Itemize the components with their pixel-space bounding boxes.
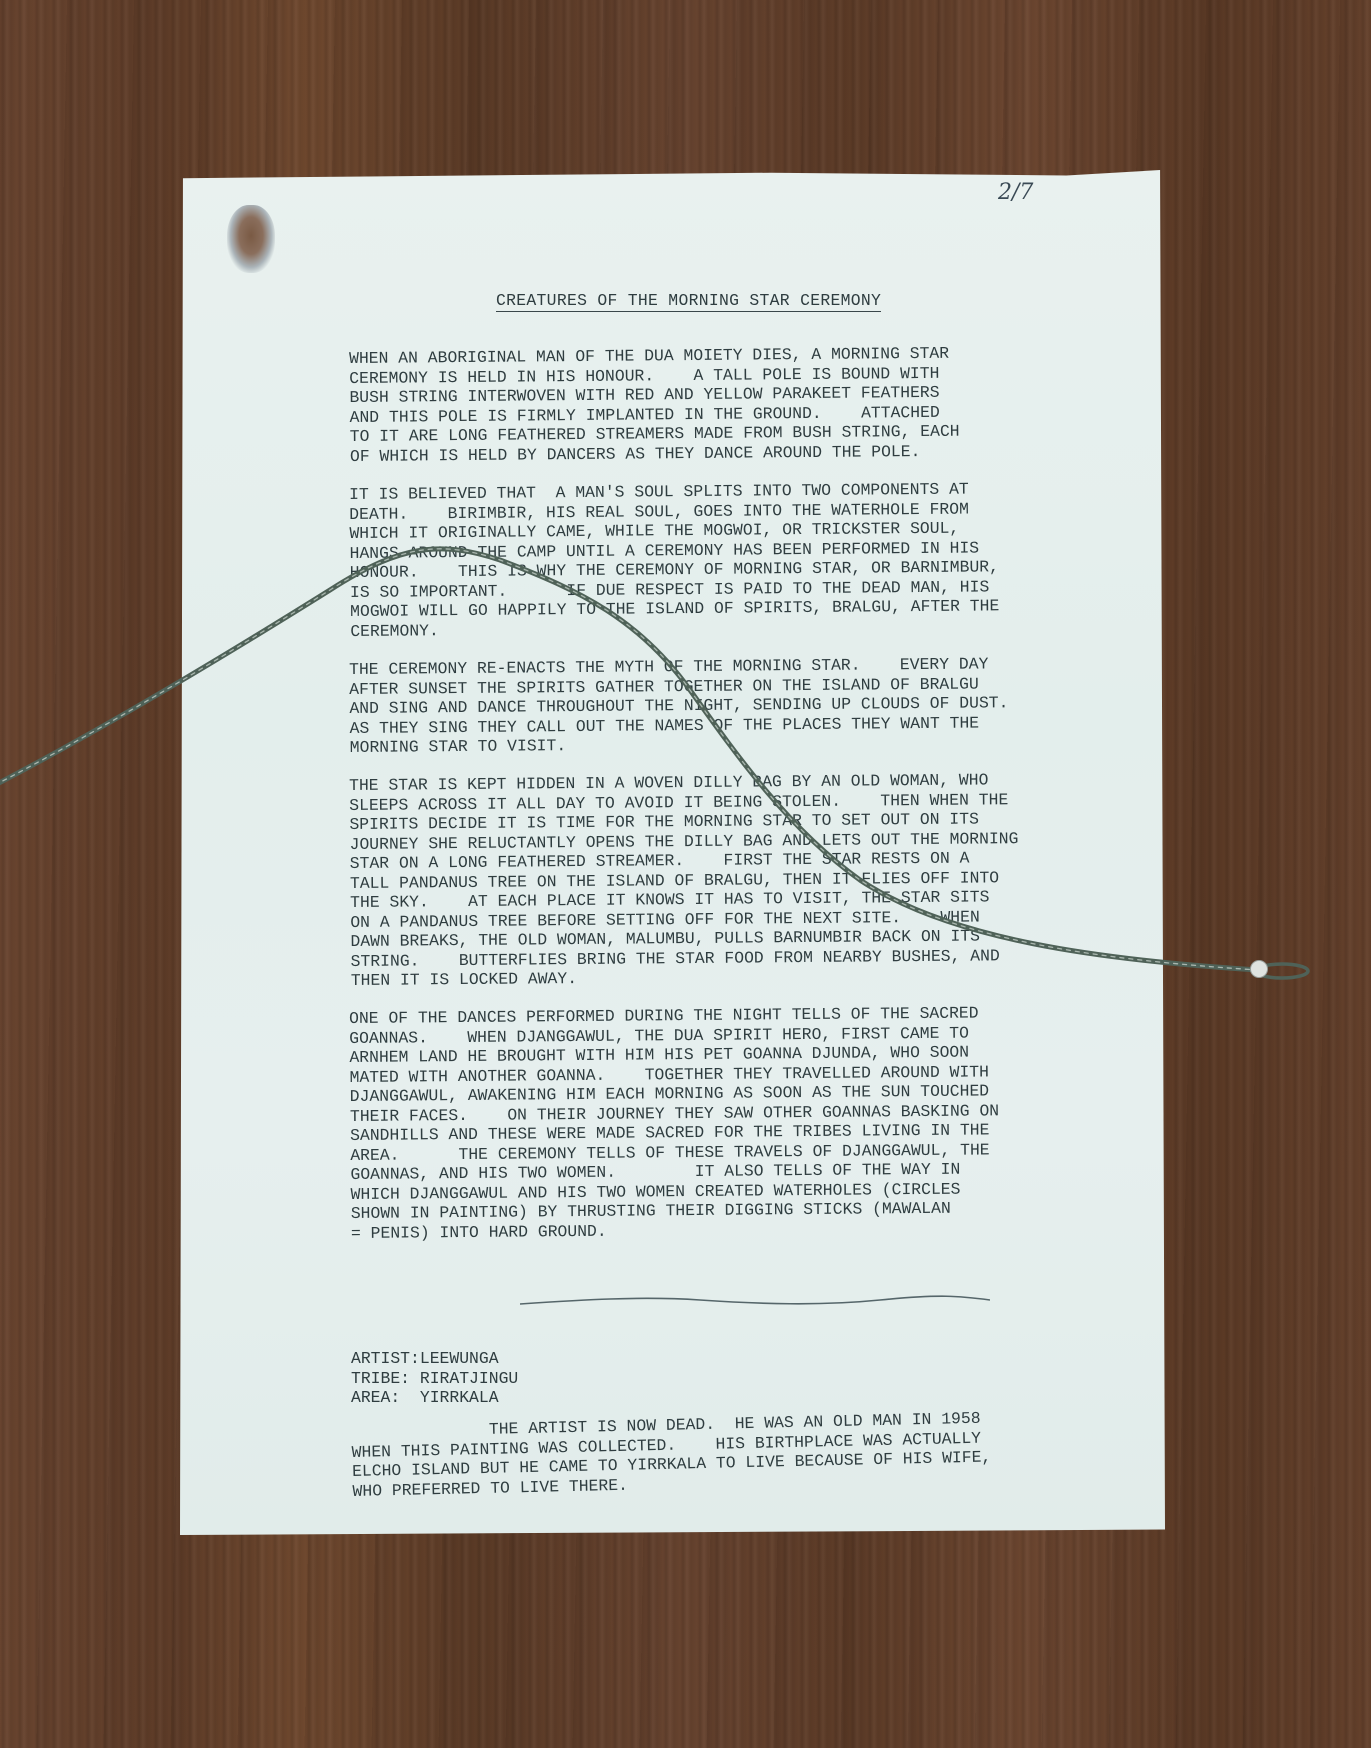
torn-corner-hole — [227, 205, 275, 273]
area-value: YIRRKALA — [420, 1388, 499, 1407]
paragraph-star-journey: THE STAR IS KEPT HIDDEN IN A WOVEN DILLY… — [349, 769, 1181, 991]
screw-eyelet — [1250, 960, 1268, 978]
artist-note: THE ARTIST IS NOW DEAD. HE WAS AN OLD MA… — [351, 1408, 992, 1500]
artist-value: LEEWUNGA — [420, 1349, 499, 1368]
paragraph-ceremony-intro: WHEN AN ABORIGINAL MAN OF THE DUA MOIETY… — [349, 342, 1180, 466]
wavy-divider-line — [520, 1294, 990, 1308]
area-label: AREA: — [351, 1388, 400, 1407]
tribe-label: TRIBE: — [351, 1369, 410, 1388]
artwork-metadata: ARTIST:LEEWUNGA TRIBE: RIRATJINGU AREA: … — [351, 1349, 518, 1408]
paragraph-myth-reenactment: THE CEREMONY RE-ENACTS THE MYTH OF THE M… — [349, 653, 1180, 758]
tribe-value: RIRATJINGU — [420, 1369, 518, 1388]
artist-label: ARTIST: — [351, 1349, 420, 1368]
document-title: CREATURES OF THE MORNING STAR CEREMONY — [496, 291, 881, 312]
paragraph-soul-belief: IT IS BELIEVED THAT A MAN'S SOUL SPLITS … — [349, 478, 1180, 641]
paragraph-sacred-goannas: ONE OF THE DANCES PERFORMED DURING THE N… — [349, 1002, 1181, 1243]
page-number: 2/7 — [998, 180, 1033, 205]
